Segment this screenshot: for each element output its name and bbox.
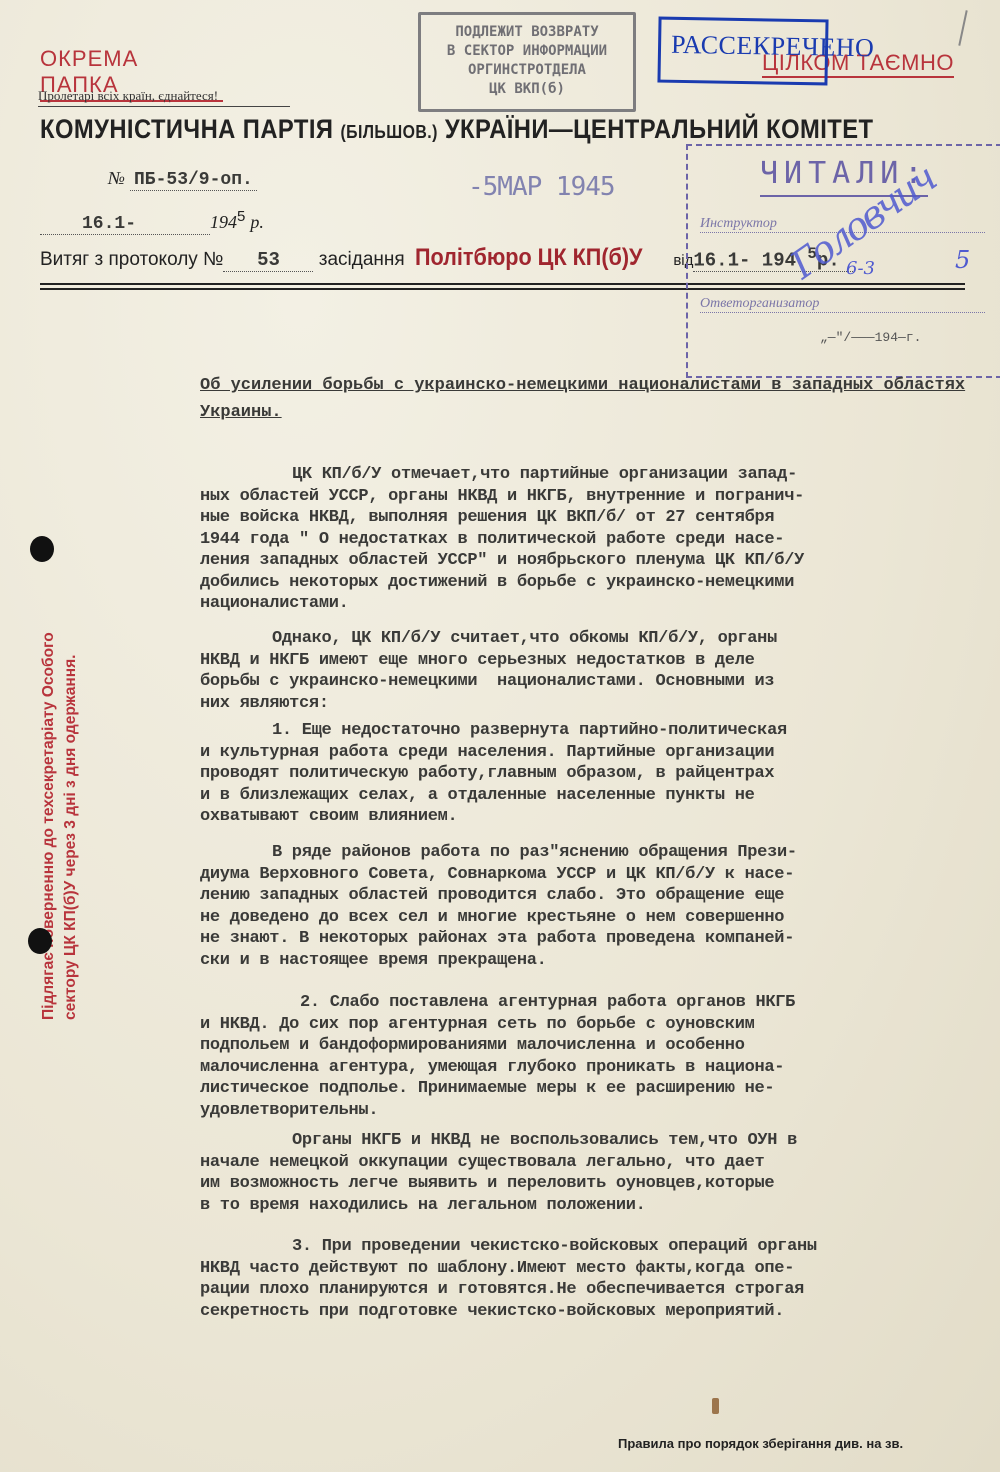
text-line: охватывают своим влиянием. xyxy=(200,807,457,826)
handwritten-note: 6-3 xyxy=(846,258,875,279)
text-line: ски и в настоящее время прекращена. xyxy=(200,951,547,970)
text-line: секретность при подготовке чекистско-вой… xyxy=(200,1302,784,1321)
storage-rules-note: Правила про порядок зберігання див. на з… xyxy=(618,1436,903,1451)
paragraph-point-2: 2. Слабо поставлена агентурная работа ор… xyxy=(200,992,795,1121)
party-title-small: (БІЛЬШОВ.) xyxy=(340,122,437,142)
text-line: лению западных областей проводится слабо… xyxy=(200,886,784,905)
politburo-name: Політбюро ЦК КП(б)У xyxy=(415,244,643,272)
return-stamp-line: ОРГИНСТРОТДЕЛА xyxy=(421,61,633,80)
text-line: ных областей УССР, органы НКВД и НКГБ, в… xyxy=(200,487,804,506)
document-number: № ПБ-53/9-оп. xyxy=(108,168,257,190)
date-year-suffix: 5 xyxy=(237,208,245,225)
document-subject: Об усилении борьбы с украинско-немецкими… xyxy=(200,372,980,426)
declassified-stamp: РАССЕКРЕЧЕНО xyxy=(657,17,828,86)
text-line: них являются: xyxy=(200,694,329,713)
extract-label: Витяг з протоколу № xyxy=(40,249,223,270)
text-line: националистами. xyxy=(200,594,349,613)
text-line: в то время находились на легальном полож… xyxy=(200,1196,646,1215)
party-title-main: КОМУНІСТИЧНА ПАРТІЯ xyxy=(40,114,333,144)
text-line: проводят политическую работу,главным обр… xyxy=(200,764,774,783)
text-line: подпольем и бандоформированиями малочисл… xyxy=(200,1036,745,1055)
text-line: и в близлежащих селах, а отдаленные насе… xyxy=(200,786,755,805)
text-line: ЦК КП/б/У отмечает,что партийные организ… xyxy=(200,465,797,484)
return-stamp-line: В СЕКТОР ИНФОРМАЦИИ xyxy=(421,42,633,61)
text-line: им возможность легче выявить и переловит… xyxy=(200,1174,774,1193)
text-line: 1. Еще недостаточно развернута партийно-… xyxy=(200,721,787,740)
text-line: ные войска НКВД, выполняя решения ЦК ВКП… xyxy=(200,508,774,527)
party-title: КОМУНІСТИЧНА ПАРТІЯ (БІЛЬШОВ.) УКРАЇНИ—Ц… xyxy=(40,114,873,145)
party-title-end: УКРАЇНИ—ЦЕНТРАЛЬНИЙ КОМІТЕТ xyxy=(445,114,874,144)
text-line: Органы НКГБ и НКВД не воспользовались те… xyxy=(200,1131,797,1150)
text-line: ления западных областей УССР" и ноябрьск… xyxy=(200,551,804,570)
document-date: 16.1-1945 р. xyxy=(40,208,264,235)
paragraph-point-3: 3. При проведении чекистско-войсковых оп… xyxy=(200,1236,817,1322)
pencil-mark xyxy=(958,10,967,46)
text-line: и культурная работа среди населения. Пар… xyxy=(200,743,774,762)
responsible-organizer-label: Ответорганизатор xyxy=(700,296,985,313)
received-date-stamp: -5МАР 1945 xyxy=(468,172,615,202)
paper-stain xyxy=(712,1398,719,1414)
paragraph-point-1: 1. Еще недостаточно развернута партийно-… xyxy=(200,720,787,828)
text-line: добились некоторых достижений в борьбе с… xyxy=(200,573,794,592)
text-line: НКВД часто действуют по шаблону.Имеют ме… xyxy=(200,1259,794,1278)
punch-hole xyxy=(30,536,54,562)
punch-hole xyxy=(28,928,52,954)
text-line: 1944 года " О недостатках в политической… xyxy=(200,530,784,549)
paragraph-1: ЦК КП/б/У отмечает,что партийные организ… xyxy=(200,464,804,615)
text-line: не доведено до всех сел и многие крестья… xyxy=(200,908,784,927)
paragraph-4: Органы НКГБ и НКВД не воспользовались те… xyxy=(200,1130,797,1216)
handwritten-mark: 5 xyxy=(955,246,970,274)
text-line: 2. Слабо поставлена агентурная работа ор… xyxy=(200,993,795,1012)
text-line: листическое подполье. Принимаемые меры к… xyxy=(200,1079,774,1098)
text-line: удовлетворительны. xyxy=(200,1101,378,1120)
date-value: 16.1- xyxy=(40,214,210,235)
read-date-template: „—"/———194—г. xyxy=(820,330,921,345)
return-stamp: ПОДЛЕЖИТ ВОЗВРАТУ В СЕКТОР ИНФОРМАЦИИ ОР… xyxy=(418,12,636,112)
side-note-line-2: сектору ЦК КП(б)У через 3 дні з дня одер… xyxy=(60,500,82,1020)
return-stamp-line: ПОДЛЕЖИТ ВОЗВРАТУ xyxy=(421,23,633,42)
return-stamp-line: ЦК ВКП(б) xyxy=(421,80,633,99)
text-line: Однако, ЦК КП/б/У считает,что обкомы КП/… xyxy=(200,629,777,648)
paragraph-3: В ряде районов работа по раз"яснению обр… xyxy=(200,842,797,971)
number-label: № xyxy=(108,168,125,188)
slogan: Пролетарі всіх країн, єднайтеся! xyxy=(38,88,290,107)
text-line: борьбы с украинско-немецкими националист… xyxy=(200,672,774,691)
paragraph-2: Однако, ЦК КП/б/У считает,что обкомы КП/… xyxy=(200,628,777,714)
date-year-unit: р. xyxy=(250,212,264,232)
protocol-number: 53 xyxy=(223,249,313,272)
text-line: и НКВД. До сих пор агентурная сеть по бо… xyxy=(200,1015,755,1034)
text-line: диума Верховного Совета, Совнаркома УССР… xyxy=(200,865,794,884)
text-line: рации плохо планируются и готовятся.Не о… xyxy=(200,1280,804,1299)
text-line: начале немецкой оккупации существовала л… xyxy=(200,1153,764,1172)
number-value: ПБ-53/9-оп. xyxy=(130,170,257,191)
text-line: НКВД и НКГБ имеют еще много серьезных не… xyxy=(200,651,755,670)
date-year-prefix: 194 xyxy=(210,212,237,232)
text-line: не знают. В некоторых районах эта работа… xyxy=(200,929,794,948)
session-label: засідання xyxy=(319,249,405,270)
text-line: В ряде районов работа по раз"яснению обр… xyxy=(200,843,797,862)
text-line: 3. При проведении чекистско-войсковых оп… xyxy=(200,1237,817,1256)
text-line: малочисленна агентура, умеющая глубоко п… xyxy=(200,1058,784,1077)
